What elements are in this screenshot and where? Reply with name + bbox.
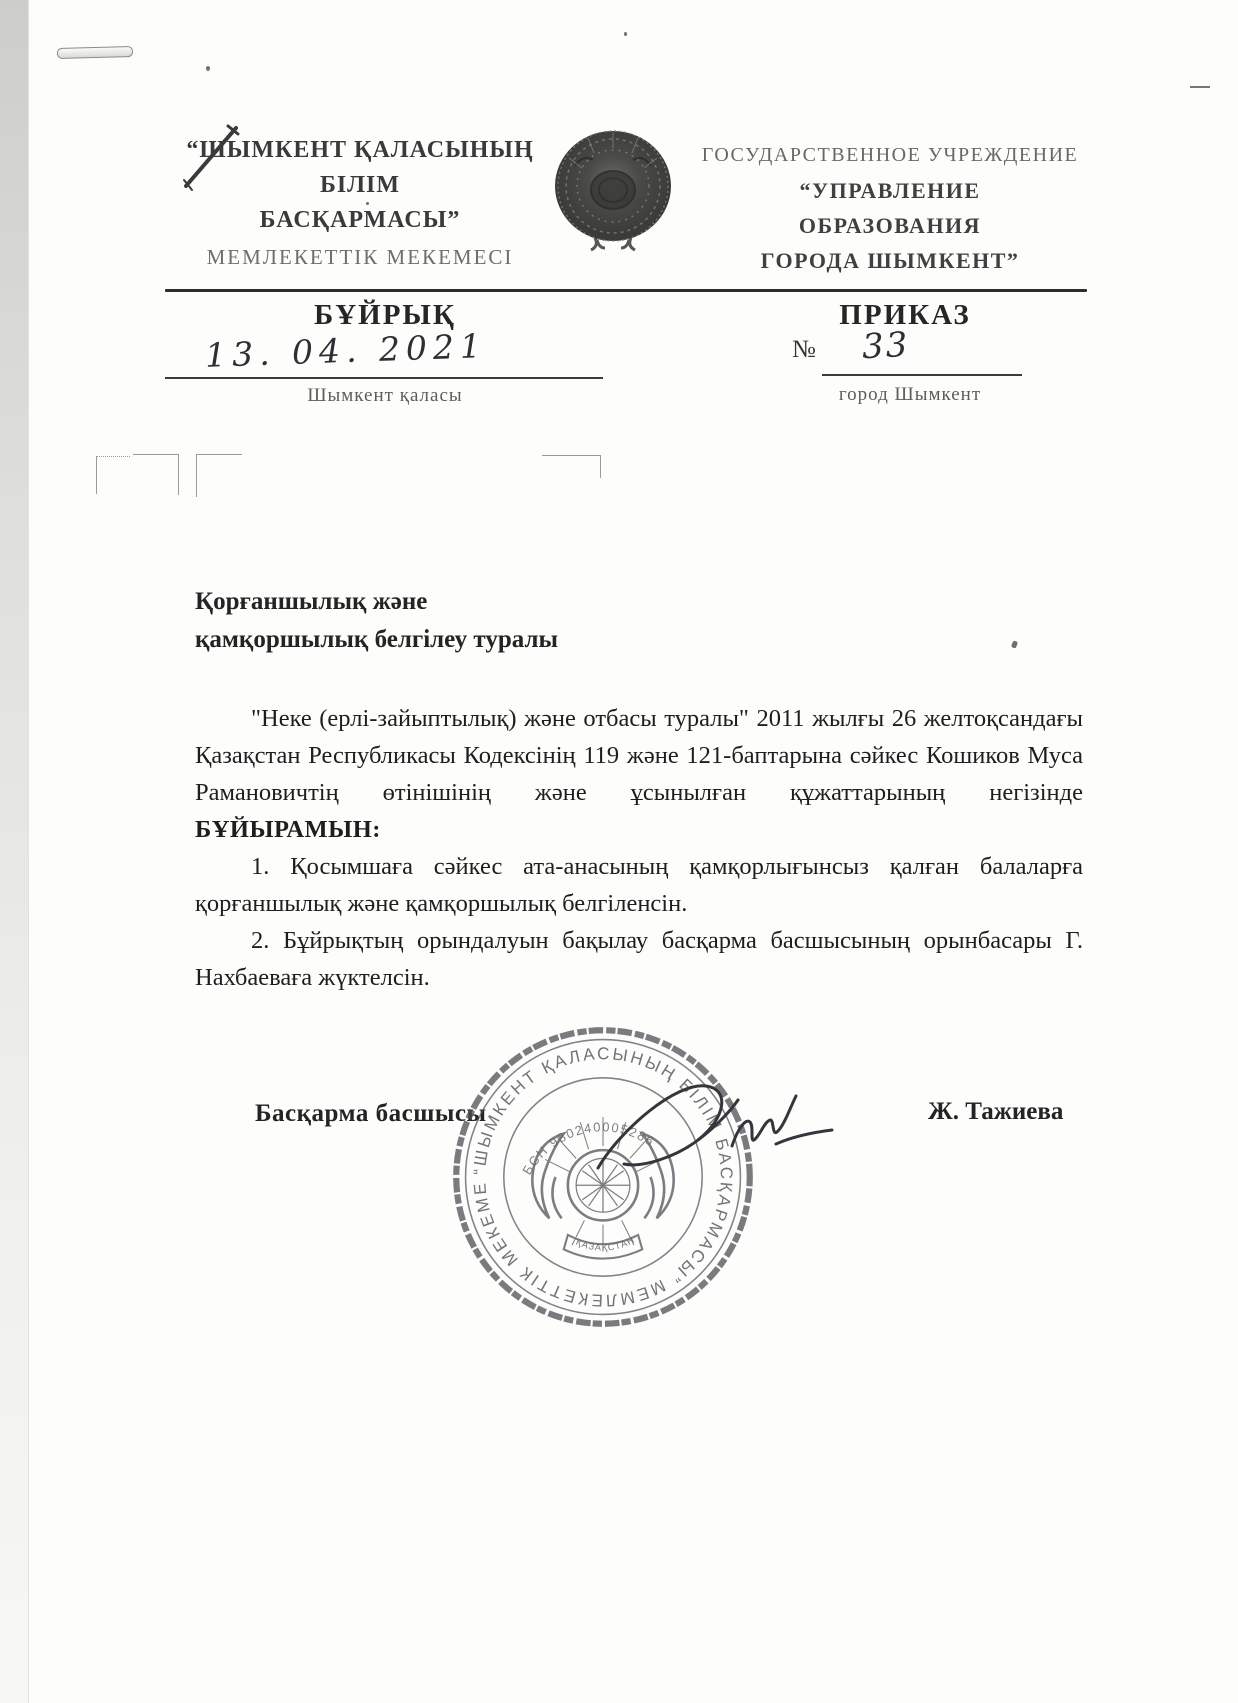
handwritten-order-number: 33	[861, 325, 910, 367]
signatory-name: Ж. Тажиева	[928, 1098, 1063, 1126]
body-item-2: 2. Бұйрықтың орындалуын бақылау басқарма…	[195, 922, 1083, 996]
letterhead-russian: ГОСУДАРСТВЕННОЕ УЧРЕЖДЕНИЕ “УПРАВЛЕНИЕ О…	[690, 138, 1090, 278]
corner-mark	[133, 454, 179, 495]
date-underline	[165, 377, 603, 379]
order-title-kazakh: БҰЙРЫҚ	[165, 299, 605, 332]
org-type-kz: МЕМЛЕКЕТТІК МЕКЕМЕСІ	[170, 240, 550, 275]
scanned-document-page: “ШЫМКЕНТ ҚАЛАСЫНЫҢ БІЛІМ БАСҚАРМАСЫ” МЕМ…	[0, 0, 1238, 1703]
paragraph-text: "Неке (ерлі-зайыптылық) және отбасы тура…	[195, 705, 1083, 806]
scan-speck	[624, 32, 627, 36]
place-russian: город Шымкент	[790, 384, 1030, 406]
subject-line1: Қорғаншылық және	[195, 583, 795, 621]
pen-signature	[580, 1060, 840, 1200]
decree-word: БҰЙЫРАМЫН:	[195, 816, 381, 843]
number-sign: №	[792, 336, 816, 364]
org-name-kz-line2: БІЛІМ	[170, 168, 550, 203]
letterhead-kazakh: “ШЫМКЕНТ ҚАЛАСЫНЫҢ БІЛІМ БАСҚАРМАСЫ” МЕМ…	[170, 133, 550, 275]
scan-speck	[206, 66, 210, 71]
handwritten-date: 13. 04. 2021	[204, 326, 487, 375]
corner-mark	[542, 455, 601, 478]
state-emblem-icon	[543, 120, 683, 260]
org-name-ru-line2: ОБРАЗОВАНИЯ	[690, 208, 1090, 243]
header-divider	[165, 289, 1087, 292]
corner-mark	[96, 456, 99, 494]
corner-mark	[196, 454, 242, 497]
scan-speck	[1011, 640, 1018, 648]
number-underline	[822, 374, 1022, 376]
seal-center-text: ҚАЗАҚСТАН	[574, 1234, 636, 1252]
org-name-ru-line3: ГОРОДА ШЫМКЕНТ”	[690, 243, 1090, 278]
scanner-edge-strip	[0, 0, 29, 1703]
org-name-kz-line3: БАСҚАРМАСЫ”	[170, 203, 550, 238]
org-name-kz-line1: “ШЫМКЕНТ ҚАЛАСЫНЫҢ	[170, 133, 550, 168]
body-item-1: 1. Қосымшаға сәйкес ата-анасының қамқорл…	[195, 848, 1083, 922]
corner-dash-mark	[1190, 86, 1210, 88]
subject-line2: қамқоршылық белгілеу туралы	[195, 621, 795, 659]
corner-mark	[96, 456, 130, 459]
org-type-ru: ГОСУДАРСТВЕННОЕ УЧРЕЖДЕНИЕ	[690, 138, 1090, 173]
body-paragraph-1: "Неке (ерлі-зайыптылық) және отбасы тура…	[195, 700, 1083, 848]
place-kazakh: Шымкент қаласы	[165, 385, 605, 407]
order-body: "Неке (ерлі-зайыптылық) және отбасы тура…	[195, 700, 1083, 996]
order-subject: Қорғаншылық және қамқоршылық белгілеу ту…	[195, 583, 795, 659]
org-name-ru-line1: “УПРАВЛЕНИЕ	[690, 173, 1090, 208]
staple-mark	[57, 46, 133, 59]
svg-text:ҚАЗАҚСТАН: ҚАЗАҚСТАН	[574, 1234, 636, 1252]
